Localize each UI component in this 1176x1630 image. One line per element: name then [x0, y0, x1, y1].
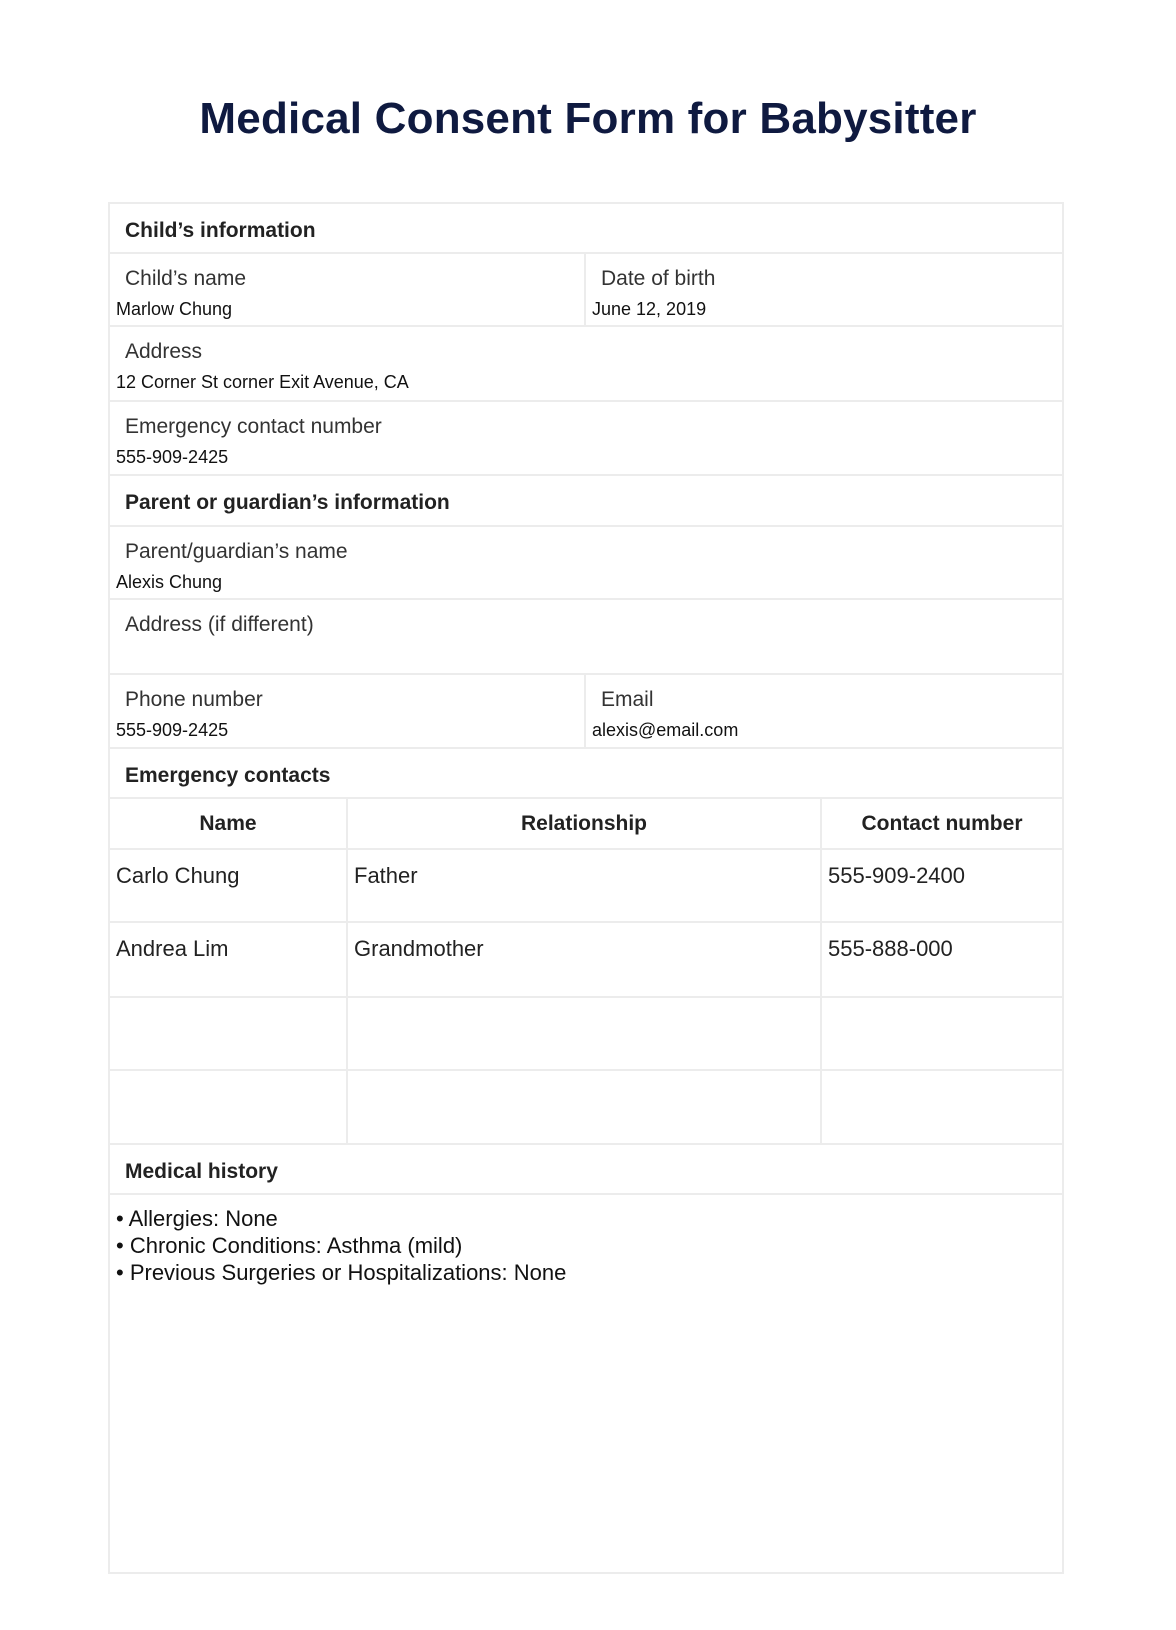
guardian-phone-field[interactable]: Phone number 555-909-2425 [110, 675, 584, 747]
column-header-relationship: Relationship [346, 799, 820, 848]
contacts-table-header: Name Relationship Contact number [110, 799, 1062, 850]
contact-number-cell[interactable] [820, 998, 1062, 1069]
history-item: • Previous Surgeries or Hospitalizations… [116, 1259, 566, 1286]
field-value: June 12, 2019 [592, 299, 706, 320]
field-label: Parent/guardian’s name [125, 540, 348, 564]
field-value: Marlow Chung [116, 299, 232, 320]
guardian-email-field[interactable]: Email alexis@email.com [584, 675, 1062, 747]
field-value: 555-909-2425 [116, 720, 228, 741]
medical-history-list: • Allergies: None • Chronic Conditions: … [116, 1205, 566, 1286]
field-label: Phone number [125, 688, 263, 712]
contact-name-cell[interactable] [110, 998, 346, 1069]
table-row: Carlo Chung Father 555-909-2400 [110, 850, 1062, 923]
field-label: Address (if different) [125, 613, 314, 637]
field-label: Address [125, 340, 202, 364]
history-item: • Chronic Conditions: Asthma (mild) [116, 1232, 566, 1259]
child-address-field[interactable]: Address 12 Corner St corner Exit Avenue,… [110, 327, 1062, 402]
field-label: Child’s name [125, 267, 246, 291]
contact-name-cell[interactable]: Carlo Chung [110, 850, 346, 921]
contact-name-cell[interactable]: Andrea Lim [110, 923, 346, 996]
child-name-dob-row: Child’s name Marlow Chung Date of birth … [110, 254, 1062, 327]
consent-form: Child’s information Child’s name Marlow … [108, 202, 1064, 1574]
column-header-name: Name [110, 799, 346, 848]
section-heading: Medical history [110, 1145, 1062, 1184]
column-header-contact-number: Contact number [820, 799, 1062, 848]
contact-relationship-cell[interactable] [346, 998, 820, 1069]
table-row [110, 998, 1062, 1071]
section-heading: Emergency contacts [110, 749, 1062, 788]
table-row: Andrea Lim Grandmother 555-888-000 [110, 923, 1062, 998]
contact-relationship-cell[interactable]: Grandmother [346, 923, 820, 996]
field-value: Alexis Chung [116, 572, 222, 593]
section-guardian-info: Parent or guardian’s information [110, 476, 1062, 527]
child-dob-field[interactable]: Date of birth June 12, 2019 [584, 254, 1062, 325]
page-title: Medical Consent Form for Babysitter [0, 94, 1176, 144]
contact-relationship-cell[interactable]: Father [346, 850, 820, 921]
section-heading: Child’s information [110, 204, 1062, 243]
section-heading: Parent or guardian’s information [110, 476, 1062, 515]
field-value: alexis@email.com [592, 720, 738, 741]
child-name-field[interactable]: Child’s name Marlow Chung [110, 254, 584, 325]
field-label: Date of birth [601, 267, 715, 291]
child-emergency-number-field[interactable]: Emergency contact number 555-909-2425 [110, 402, 1062, 476]
guardian-address-field[interactable]: Address (if different) [110, 600, 1062, 675]
contact-number-cell[interactable] [820, 1071, 1062, 1143]
contact-number-cell[interactable]: 555-909-2400 [820, 850, 1062, 921]
section-medical-history: Medical history [110, 1145, 1062, 1195]
field-label: Emergency contact number [125, 415, 382, 439]
field-value: 12 Corner St corner Exit Avenue, CA [116, 372, 409, 393]
field-value: 555-909-2425 [116, 447, 228, 468]
history-item: • Allergies: None [116, 1205, 566, 1232]
guardian-phone-email-row: Phone number 555-909-2425 Email alexis@e… [110, 675, 1062, 749]
guardian-name-field[interactable]: Parent/guardian’s name Alexis Chung [110, 527, 1062, 600]
section-child-info: Child’s information [110, 204, 1062, 254]
contact-relationship-cell[interactable] [346, 1071, 820, 1143]
medical-history-field[interactable]: • Allergies: None • Chronic Conditions: … [110, 1195, 1062, 1572]
contact-name-cell[interactable] [110, 1071, 346, 1143]
table-row [110, 1071, 1062, 1145]
contact-number-cell[interactable]: 555-888-000 [820, 923, 1062, 996]
field-label: Email [601, 688, 654, 712]
section-emergency-contacts: Emergency contacts [110, 749, 1062, 799]
